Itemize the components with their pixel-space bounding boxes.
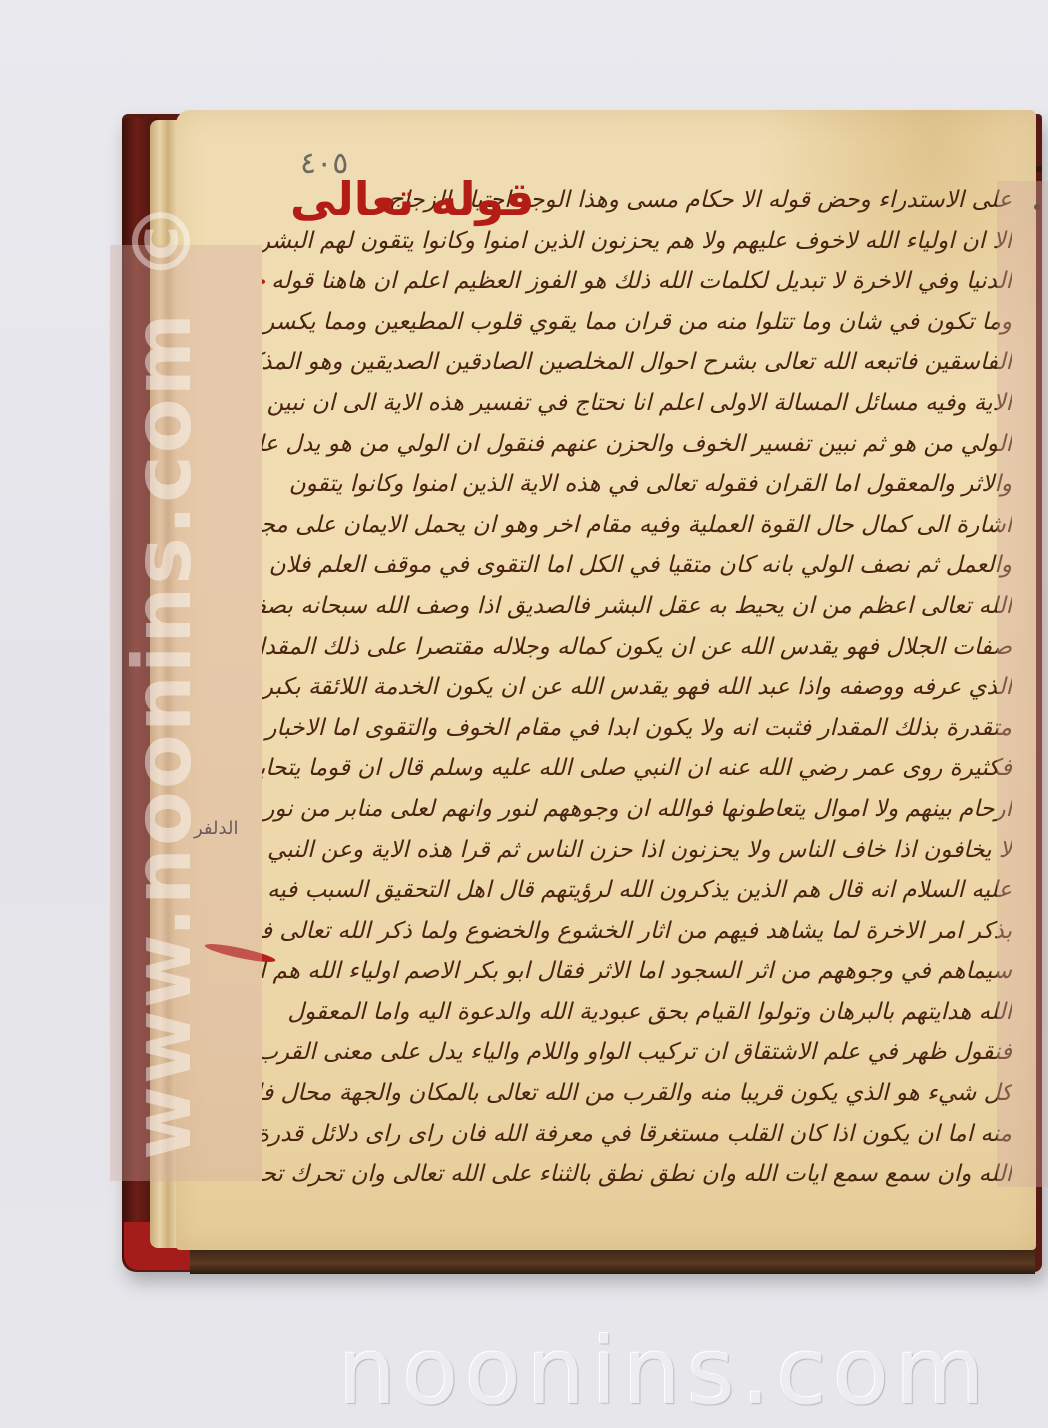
- text-line: الا ان اولياء الله لاخوف عليهم ولا هم يح…: [262, 221, 1012, 262]
- text-line-content: الذي عرفه ووصفه واذا عبد الله فهو يقدس ا…: [262, 674, 1012, 700]
- text-line: الفاسقين فاتبعه الله تعالى بشرح احوال ال…: [262, 342, 1012, 383]
- text-line: بذكر امر الاخرة لما يشاهد فيهم من اثار ا…: [262, 911, 1012, 952]
- page-block-bottom-edge: [190, 1248, 1035, 1274]
- text-line-content: متقدرة بذلك المقدار فثبت انه ولا يكون اب…: [265, 715, 1012, 741]
- text-line-content: صفات الجلال فهو يقدس الله عن ان يكون كما…: [262, 634, 1012, 660]
- text-line: وما تكون في شان وما تتلوا منه من قران مم…: [262, 302, 1012, 343]
- text-line: الولي من هو ثم نبين تفسير الخوف والحزن ع…: [262, 424, 1012, 465]
- manuscript-text: على الاستدراء وحض قوله الا حكام مسى وهذا…: [262, 180, 1012, 1195]
- text-line-content: الله هدايتهم بالبرهان وتولوا القيام بحق …: [287, 999, 1012, 1025]
- text-line-content: الفاسقين فاتبعه الله تعالى بشرح احوال ال…: [262, 349, 1012, 375]
- text-line-content: الدنيا وفي الاخرة لا تبديل لكلمات الله ذ…: [271, 268, 1012, 294]
- text-line: ارحام بينهم ولا اموال يتعاطونها فوالله ا…: [262, 789, 1012, 830]
- text-line: فكثيرة روى عمر رضي الله عنه ان النبي صلى…: [262, 748, 1012, 789]
- ink-dot: [1036, 166, 1042, 172]
- text-line: صفات الجلال فهو يقدس الله عن ان يكون كما…: [262, 627, 1012, 668]
- text-line: منه اما ان يكون اذا كان القلب مستغرقا في…: [262, 1114, 1012, 1155]
- text-line-content: الله وان سمع سمع ايات الله وان نطق نطق ب…: [262, 1161, 1012, 1187]
- text-line-content: فنقول ظهر في علم الاشتقاق ان تركيب الواو…: [262, 1039, 1012, 1065]
- text-line: والاثر والمعقول اما القران فقوله تعالى ف…: [262, 464, 1012, 505]
- text-line: متقدرة بذلك المقدار فثبت انه ولا يكون اب…: [262, 708, 1012, 749]
- text-line: فنقول ظهر في علم الاشتقاق ان تركيب الواو…: [262, 1032, 1012, 1073]
- text-line: الله هدايتهم بالبرهان وتولوا القيام بحق …: [262, 992, 1012, 1033]
- text-line-content: وما تكون في شان وما تتلوا منه من قران مم…: [262, 309, 1012, 335]
- text-line-content: عليه السلام انه قال هم الذين يذكرون الله…: [262, 877, 1012, 903]
- text-line-content: والعمل ثم نصف الولي بانه كان متقيا في ال…: [262, 552, 1012, 578]
- text-line: الذي عرفه ووصفه واذا عبد الله فهو يقدس ا…: [262, 667, 1012, 708]
- text-line: الله وان سمع سمع ايات الله وان نطق نطق ب…: [262, 1154, 1012, 1195]
- text-line: لا يخافون اذا خاف الناس ولا يحزنون اذا ح…: [262, 830, 1012, 871]
- text-line: الاية وفيه مسائل المسالة الاولى اعلم انا…: [262, 383, 1012, 424]
- text-line-content: اشارة الى كمال حال القوة العملية وفيه مق…: [262, 512, 1012, 538]
- text-line-content: الله تعالى اعظم من ان يحيط به عقل البشر …: [262, 593, 1012, 619]
- text-line: اشارة الى كمال حال القوة العملية وفيه مق…: [262, 505, 1012, 546]
- text-line-content: سيماهم في وجوههم من اثر السجود اما الاثر…: [262, 958, 1012, 984]
- rubricated-heading: قوله تعالى: [290, 172, 534, 226]
- text-line: سيماهم في وجوههم من اثر السجود اما الاثر…: [262, 951, 1012, 992]
- text-line: كل شيء هو الذي يكون قريبا منه والقرب من …: [262, 1073, 1012, 1114]
- text-line: الدنيا وفي الاخرة لا تبديل لكلمات الله ذ…: [262, 261, 1012, 302]
- watermark-panel-right: [997, 181, 1048, 1187]
- text-line: الله تعالى اعظم من ان يحيط به عقل البشر …: [262, 586, 1012, 627]
- text-line-content: بذكر امر الاخرة لما يشاهد فيهم من اثار ا…: [262, 918, 1012, 944]
- text-line: عليه السلام انه قال هم الذين يذكرون الله…: [262, 870, 1012, 911]
- rubric-overline-mark: [262, 277, 265, 287]
- text-line-content: فكثيرة روى عمر رضي الله عنه ان النبي صلى…: [262, 755, 1012, 781]
- watermark-vertical-text: www.noonins.com ©: [116, 199, 209, 1160]
- text-line: والعمل ثم نصف الولي بانه كان متقيا في ال…: [262, 545, 1012, 586]
- text-line-content: الاية وفيه مسائل المسالة الاولى اعلم انا…: [262, 390, 1012, 416]
- text-line-content: والاثر والمعقول اما القران فقوله تعالى ف…: [289, 471, 1012, 497]
- text-line-content: الولي من هو ثم نبين تفسير الخوف والحزن ع…: [262, 431, 1012, 457]
- text-line-content: لا يخافون اذا خاف الناس ولا يحزنون اذا ح…: [267, 837, 1012, 863]
- watermark-bottom-text: noonins.com: [338, 1318, 991, 1425]
- text-line-content: ارحام بينهم ولا اموال يتعاطونها فوالله ا…: [263, 796, 1012, 822]
- text-line-content: الا ان اولياء الله لاخوف عليهم ولا هم يح…: [262, 228, 1012, 254]
- text-line-content: منه اما ان يكون اذا كان القلب مستغرقا في…: [262, 1121, 1012, 1147]
- text-line-content: كل شيء هو الذي يكون قريبا منه والقرب من …: [262, 1080, 1012, 1106]
